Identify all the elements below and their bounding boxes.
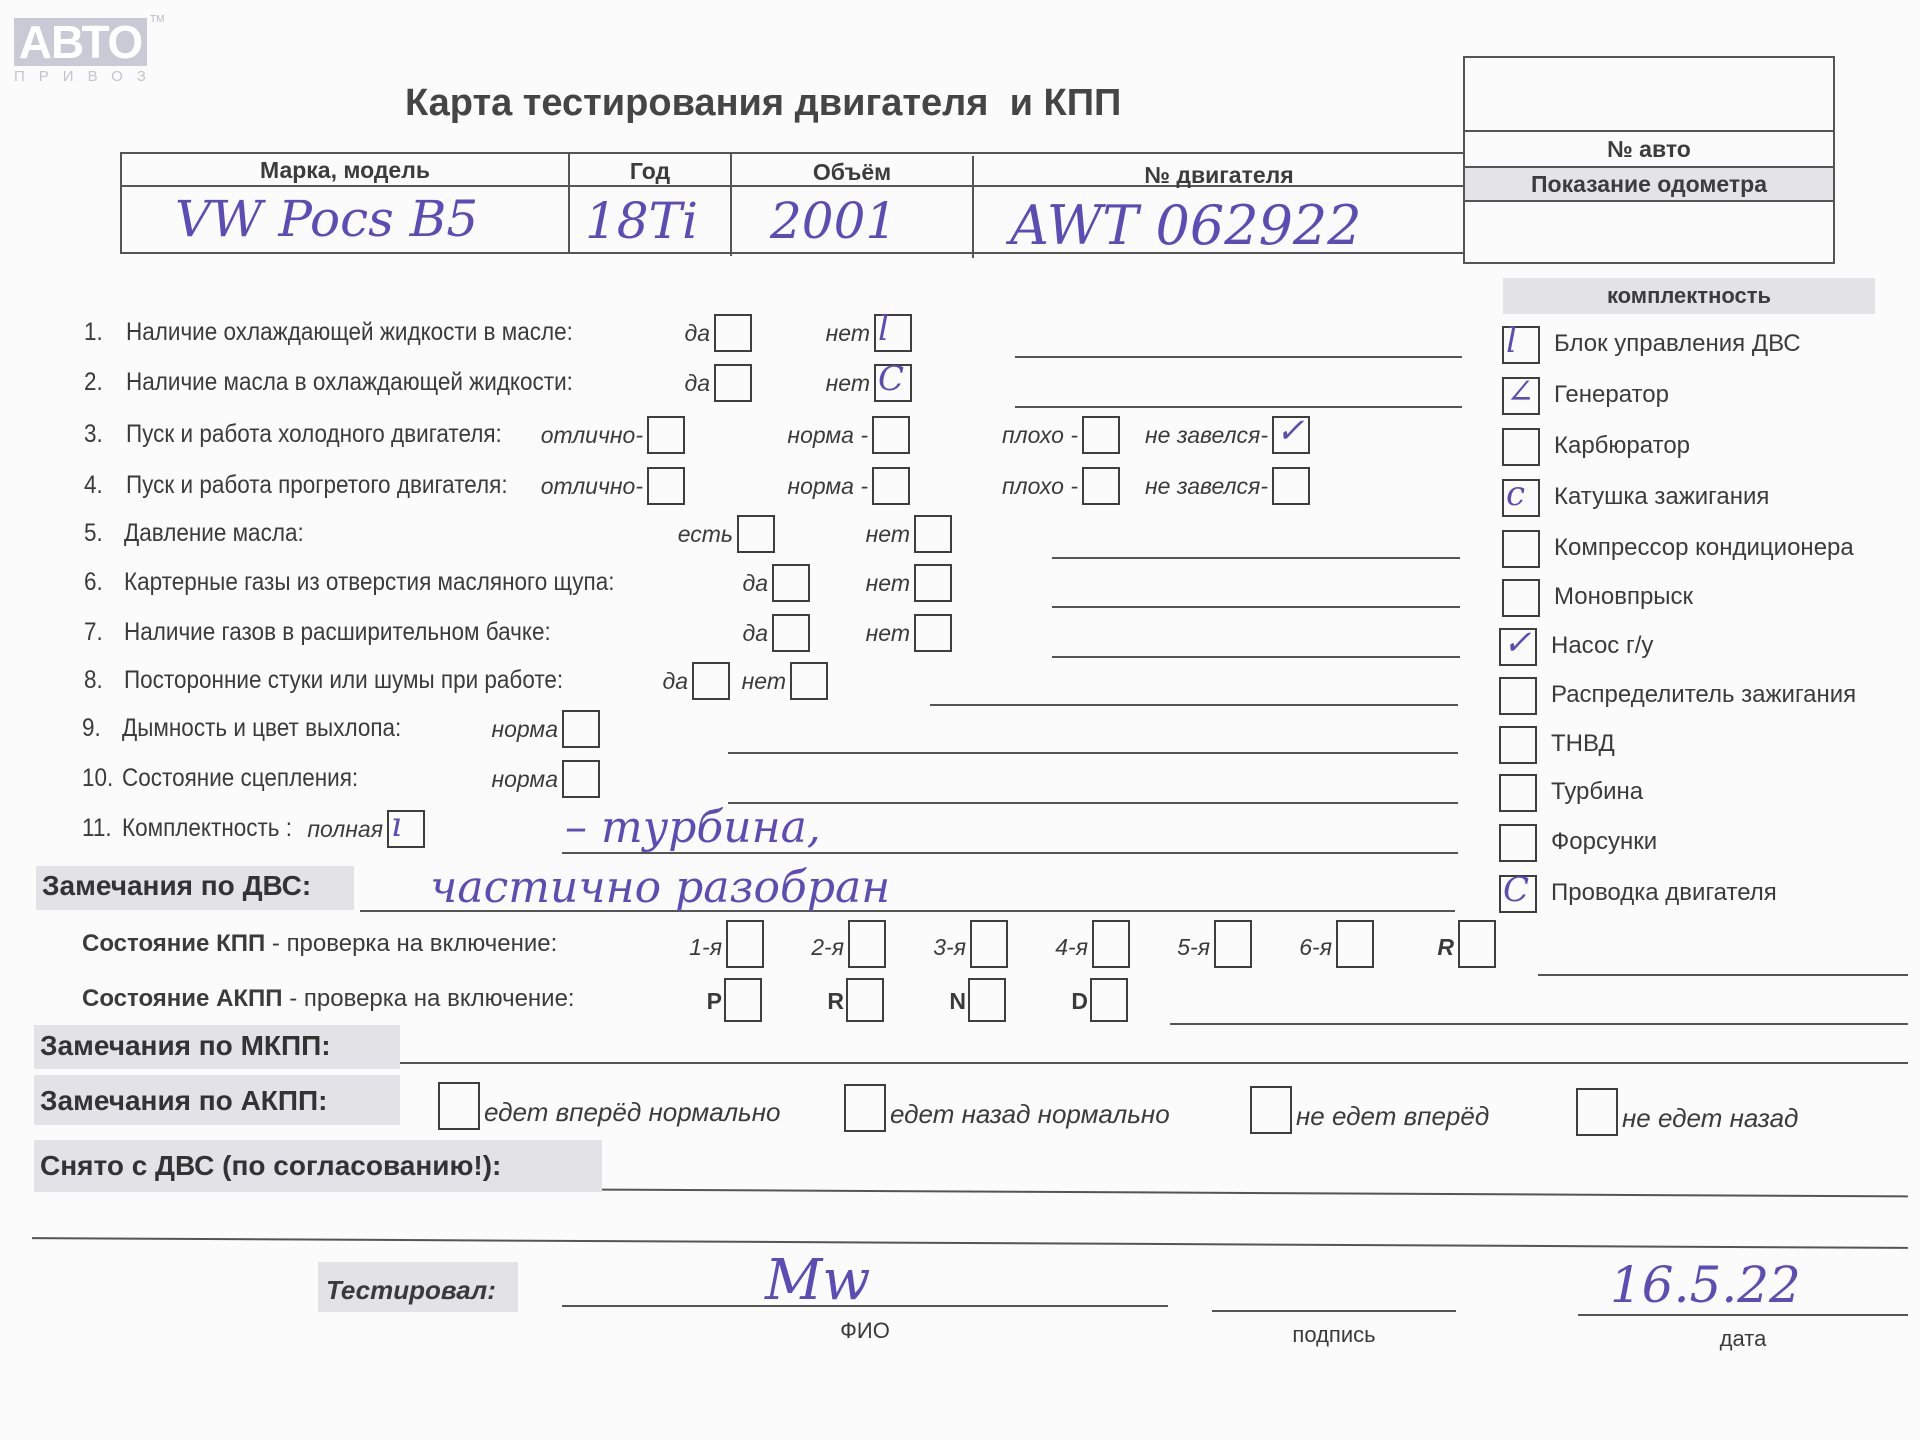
field-odometer[interactable] <box>1465 202 1833 262</box>
gear-checkbox[interactable] <box>1336 920 1374 968</box>
option-checkbox[interactable] <box>914 564 952 602</box>
option-label: норма - <box>787 422 868 449</box>
option-label: да <box>684 370 710 397</box>
option-label: норма - <box>787 473 868 500</box>
akpp-remark-label: не едет вперёд <box>1296 1101 1489 1132</box>
date-field[interactable]: 16.5.22 <box>1610 1256 1801 1314</box>
header-volume: Объём <box>732 159 972 186</box>
option-checkbox[interactable] <box>562 710 600 748</box>
option-checkbox[interactable] <box>1082 467 1120 505</box>
header-year: Год <box>570 158 730 185</box>
question-text: Посторонние стуки или шумы при работе: <box>124 666 563 695</box>
name-caption: ФИО <box>562 1318 1168 1344</box>
question-comment-line[interactable] <box>1052 606 1460 608</box>
completeness-checkbox[interactable]: C <box>1499 875 1537 913</box>
option-label: нет <box>826 320 870 347</box>
removed-label: Снято с ДВС (по согласованию!): <box>40 1150 501 1182</box>
completeness-item-label: Форсунки <box>1551 828 1657 856</box>
mode-checkbox[interactable] <box>968 978 1006 1022</box>
logo-brand: АВТО <box>14 16 147 68</box>
logo-trademark: TM <box>150 14 164 25</box>
completeness-item-label: ТНВД <box>1551 730 1615 758</box>
option-label: отлично- <box>541 422 643 449</box>
completeness-item-label: Компрессор кондиционера <box>1554 534 1854 562</box>
completeness-checkbox[interactable] <box>1502 579 1540 617</box>
option-label: отлично- <box>541 473 643 500</box>
completeness-item-label: Моновпрыск <box>1554 583 1693 611</box>
check-mark-icon: ✓ <box>1503 624 1532 662</box>
mkpp-remarks-label: Замечания по МКПП: <box>40 1030 331 1062</box>
option-label: нет <box>866 570 910 597</box>
completeness-item-label: Генератор <box>1554 381 1669 409</box>
option-label: нет <box>742 668 786 695</box>
check-mark-icon: C <box>878 360 904 398</box>
mode-label: R <box>827 988 844 1015</box>
option-label: норма <box>491 716 558 743</box>
gear-label: 2-я <box>811 934 844 961</box>
question-text: Пуск и работа прогретого двигателя: <box>126 471 508 500</box>
completeness-title: комплектность <box>1503 283 1875 309</box>
check-mark-icon: C <box>1503 871 1529 909</box>
question-comment-line[interactable] <box>930 704 1458 706</box>
gear-checkbox[interactable] <box>1092 920 1130 968</box>
gear-label: 5-я <box>1177 934 1210 961</box>
tester-name-field[interactable]: Мw <box>765 1248 870 1313</box>
option-checkbox[interactable] <box>790 662 828 700</box>
question-comment-line[interactable] <box>1015 406 1462 408</box>
question-text: Картерные газы из отверстия масляного щу… <box>124 568 614 597</box>
tested-by-label: Тестировал: <box>326 1275 496 1306</box>
question-text: Дымность и цвет выхлопа: <box>122 714 401 743</box>
question-text: Давление масла: <box>124 519 304 548</box>
option-checkbox[interactable] <box>772 564 810 602</box>
question-number: 2. <box>84 368 103 397</box>
question-comment-line[interactable] <box>728 802 1458 804</box>
gear-label: 6-я <box>1299 934 1332 961</box>
completeness-item-label: Катушка зажигания <box>1554 483 1769 511</box>
mkpp-remarks-field[interactable] <box>400 1030 1900 1060</box>
option-label: есть <box>678 521 733 548</box>
completeness-note[interactable]: – турбина, <box>565 802 821 853</box>
mode-checkbox[interactable] <box>1090 978 1128 1022</box>
question-text: Комплектность : <box>122 814 292 843</box>
option-checkbox[interactable] <box>1272 467 1310 505</box>
akpp-remark-label: едет назад нормально <box>890 1099 1170 1130</box>
check-mark-icon: l <box>878 310 889 348</box>
option-checkbox[interactable] <box>872 467 910 505</box>
option-checkbox[interactable] <box>714 364 752 402</box>
gear-checkbox[interactable] <box>970 920 1008 968</box>
page-title: Карта тестирования двигателя и КПП <box>405 82 1121 125</box>
akpp-remark-checkbox[interactable] <box>1250 1086 1292 1134</box>
option-checkbox[interactable] <box>914 515 952 553</box>
option-label: норма <box>491 766 558 793</box>
gear-label: R <box>1437 934 1454 961</box>
option-checkbox[interactable] <box>772 614 810 652</box>
question-number: 4. <box>84 471 103 500</box>
completeness-checkbox[interactable]: l <box>1502 326 1540 364</box>
completeness-item-label: Проводка двигателя <box>1551 879 1777 907</box>
mode-label: P <box>707 988 722 1015</box>
gear-label: 3-я <box>933 934 966 961</box>
question-comment-line[interactable] <box>1015 356 1462 358</box>
header-auto-no: № авто <box>1465 136 1833 163</box>
field-volume[interactable]: 2001 <box>770 192 897 250</box>
check-mark-icon: l <box>1506 322 1517 360</box>
option-label: нет <box>866 620 910 647</box>
gear-checkbox[interactable] <box>848 920 886 968</box>
akpp-remarks-label: Замечания по АКПП: <box>40 1085 327 1117</box>
option-label: да <box>742 570 768 597</box>
completeness-checkbox[interactable] <box>1499 726 1537 764</box>
option-label: да <box>662 668 688 695</box>
header-odometer: Показание одометра <box>1465 171 1833 198</box>
gear-label: 1-я <box>689 934 722 961</box>
option-label: нет <box>826 370 870 397</box>
engine-remarks-field[interactable]: частично разобран <box>430 862 890 913</box>
question-number: 8. <box>84 666 103 695</box>
removed-field[interactable] <box>602 1160 1902 1190</box>
completeness-item-label: Блок управления ДВС <box>1554 330 1801 358</box>
question-number: 9. <box>82 714 101 743</box>
gear-checkbox[interactable] <box>1214 920 1252 968</box>
question-number: 11. <box>82 814 112 843</box>
completeness-item-label: Турбина <box>1551 778 1643 806</box>
mode-label: N <box>949 988 966 1015</box>
completeness-item-label: Распределитель зажигания <box>1551 681 1856 709</box>
akpp-remark-checkbox[interactable] <box>1576 1088 1618 1136</box>
header-engine-no: № двигателя <box>974 162 1464 189</box>
option-label: полная <box>307 816 383 843</box>
date-caption: дата <box>1578 1326 1908 1352</box>
completeness-checkbox[interactable] <box>1499 677 1537 715</box>
question-number: 3. <box>84 420 103 449</box>
field-engine-no[interactable]: AWT 062922 <box>1010 194 1362 257</box>
completeness-item-label: Насос г/у <box>1551 632 1653 660</box>
question-number: 7. <box>84 618 103 647</box>
option-checkbox[interactable] <box>647 416 685 454</box>
option-checkbox[interactable] <box>1082 416 1120 454</box>
option-label: не завелся- <box>1145 473 1268 500</box>
completeness-checkbox[interactable] <box>1499 824 1537 862</box>
question-number: 6. <box>84 568 103 597</box>
option-label: нет <box>866 521 910 548</box>
completeness-checkbox[interactable]: c <box>1502 479 1540 517</box>
option-label: да <box>742 620 768 647</box>
check-mark-icon: ı <box>391 806 402 844</box>
option-checkbox[interactable] <box>914 614 952 652</box>
check-mark-icon: c <box>1506 475 1525 513</box>
kpp-label: Состояние КПП - проверка на включение: <box>82 930 557 958</box>
signature-caption: подпись <box>1212 1322 1456 1348</box>
option-label: не завелся- <box>1145 422 1268 449</box>
option-checkbox[interactable] <box>737 515 775 553</box>
mode-checkbox[interactable] <box>724 978 762 1022</box>
completeness-checkbox[interactable]: ✓ <box>1499 628 1537 666</box>
question-comment-line[interactable] <box>728 752 1458 754</box>
signature-field[interactable] <box>1212 1270 1456 1308</box>
option-checkbox[interactable] <box>562 760 600 798</box>
gear-checkbox[interactable] <box>726 920 764 968</box>
question-number: 5. <box>84 519 103 548</box>
question-text: Наличие охлаждающей жидкости в масле: <box>126 318 573 347</box>
akpp-remark-label: не едет назад <box>1622 1103 1798 1134</box>
question-comment-line[interactable] <box>1052 656 1460 658</box>
option-checkbox[interactable]: l <box>874 314 912 352</box>
option-checkbox[interactable]: C <box>874 364 912 402</box>
akpp-remark-label: едет вперёд нормально <box>484 1097 780 1128</box>
completeness-checkbox[interactable]: ∠ <box>1502 377 1540 415</box>
option-checkbox[interactable] <box>647 467 685 505</box>
question-text: Пуск и работа холодного двигателя: <box>126 420 502 449</box>
mode-label: D <box>1071 988 1088 1015</box>
completeness-checkbox[interactable] <box>1502 428 1540 466</box>
gear-label: 4-я <box>1055 934 1088 961</box>
option-checkbox[interactable] <box>872 416 910 454</box>
field-make-model[interactable]: VW Pocs B5 <box>175 190 478 248</box>
logo-subtitle: ПРИВОЗ <box>14 68 160 85</box>
question-comment-line[interactable] <box>1052 557 1460 559</box>
question-text: Наличие газов в расширительном бачке: <box>124 618 551 647</box>
akpp-label: Состояние АКПП - проверка на включение: <box>82 985 575 1013</box>
question-number: 10. <box>82 764 113 793</box>
completeness-checkbox[interactable] <box>1499 774 1537 812</box>
option-label: да <box>684 320 710 347</box>
option-label: плохо - <box>1002 473 1078 500</box>
option-checkbox[interactable] <box>692 662 730 700</box>
gear-checkbox[interactable] <box>1458 920 1496 968</box>
completeness-item-label: Карбюратор <box>1554 432 1690 460</box>
question-number: 1. <box>84 318 103 347</box>
question-text: Наличие масла в охлаждающей жидкости: <box>126 368 573 397</box>
check-mark-icon: ∠ <box>1506 373 1535 411</box>
field-year[interactable]: 18Ti <box>585 192 698 250</box>
option-checkbox[interactable] <box>714 314 752 352</box>
completeness-checkbox[interactable] <box>1502 530 1540 568</box>
option-checkbox[interactable]: ✓ <box>1272 416 1310 454</box>
engine-remarks-label: Замечания по ДВС: <box>42 870 311 902</box>
akpp-remark-checkbox[interactable] <box>438 1082 480 1130</box>
option-checkbox[interactable]: ı <box>387 810 425 848</box>
option-label: плохо - <box>1002 422 1078 449</box>
field-auto-no[interactable] <box>1465 58 1833 130</box>
akpp-remark-checkbox[interactable] <box>844 1084 886 1132</box>
mode-checkbox[interactable] <box>846 978 884 1022</box>
check-mark-icon: ✓ <box>1276 412 1305 450</box>
header-make-model: Марка, модель <box>122 157 568 184</box>
question-text: Состояние сцепления: <box>122 764 358 793</box>
